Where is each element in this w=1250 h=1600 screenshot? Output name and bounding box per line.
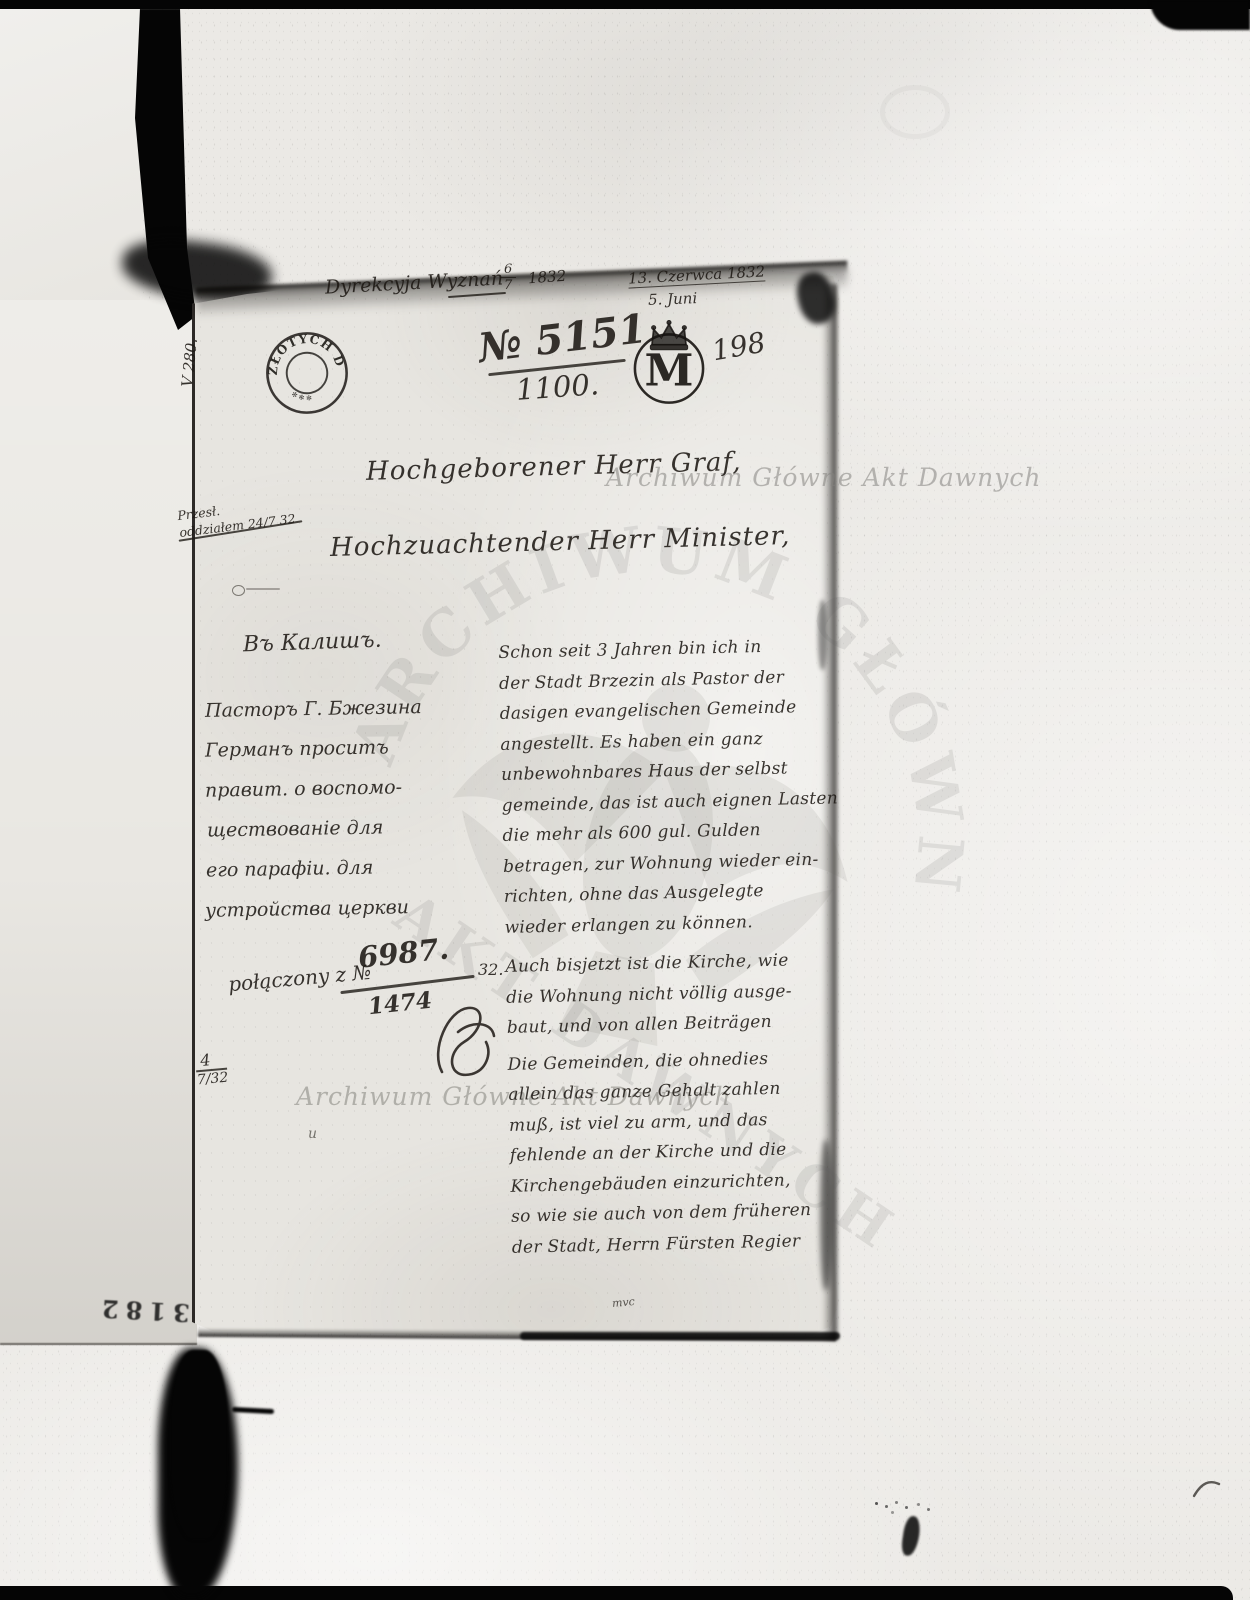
margin-line: правит. о воспомо- — [205, 776, 402, 801]
embossing-rings — [880, 85, 950, 139]
monogram-letter: M — [644, 345, 693, 397]
page-bottom-edge-dark — [520, 1332, 840, 1340]
margin-heading: Въ Калишъ. — [243, 628, 382, 658]
stray-ink-mark — [232, 585, 245, 596]
letter-line: baut, und von allen Beiträgen — [507, 1005, 853, 1043]
stray-check-mark: u — [308, 1126, 317, 1142]
fraction-numerator: 6 — [500, 262, 516, 278]
margin-fraction: 4 7/32 — [194, 1049, 229, 1089]
mirrored-accession-stamp: 3182 — [94, 1294, 190, 1328]
stray-pen-mark — [1192, 1478, 1222, 1500]
filing-year: 32. — [478, 960, 503, 979]
film-frame-top — [0, 0, 1250, 9]
date-right-julian: 5. Juni — [648, 289, 698, 309]
fraction-denominator: 7/32 — [196, 1070, 229, 1089]
letter-line: wieder erlangen zu können. — [504, 905, 850, 943]
ink-spatter-dots — [875, 1502, 878, 1505]
svg-text:✻ ✻ ✻: ✻ ✻ ✻ — [288, 386, 313, 407]
fraction-numerator: 4 — [194, 1049, 227, 1073]
stray-ink-mark — [246, 588, 280, 590]
left-page-bottom-edge — [0, 1343, 197, 1345]
clerk-paraph — [428, 1002, 506, 1090]
date-fraction: 6 7 — [500, 262, 516, 293]
margin-line: Пасторъ Г. Бжезина — [205, 696, 422, 722]
top-left-page — [0, 8, 140, 306]
gutter-ink-blob-core — [170, 1350, 228, 1540]
tail-ink-mark: mvc — [611, 1295, 635, 1310]
letter-body: Schon seit 3 Jahren bin ich in der Stadt… — [498, 630, 857, 1263]
fraction-denominator: 7 — [500, 278, 516, 293]
margin-line: Германъ проситъ — [205, 736, 389, 761]
margin-line: его парафіи. для — [206, 857, 374, 882]
registry-denominator: 1100. — [515, 367, 600, 407]
margin-line: ществованіе для — [207, 816, 384, 841]
left-page-strip — [0, 300, 197, 1345]
date-year: 1832 — [527, 267, 566, 288]
royal-monogram-seal: M — [626, 314, 712, 406]
film-frame-corner — [1150, 0, 1250, 30]
fee-stamp-ornament: ✻ ✻ ✻ — [288, 386, 313, 407]
fee-stamp: ZŁOTYCH DWA ✻ ✻ ✻ — [255, 320, 360, 426]
margin-line: устройства церкви — [205, 896, 409, 922]
